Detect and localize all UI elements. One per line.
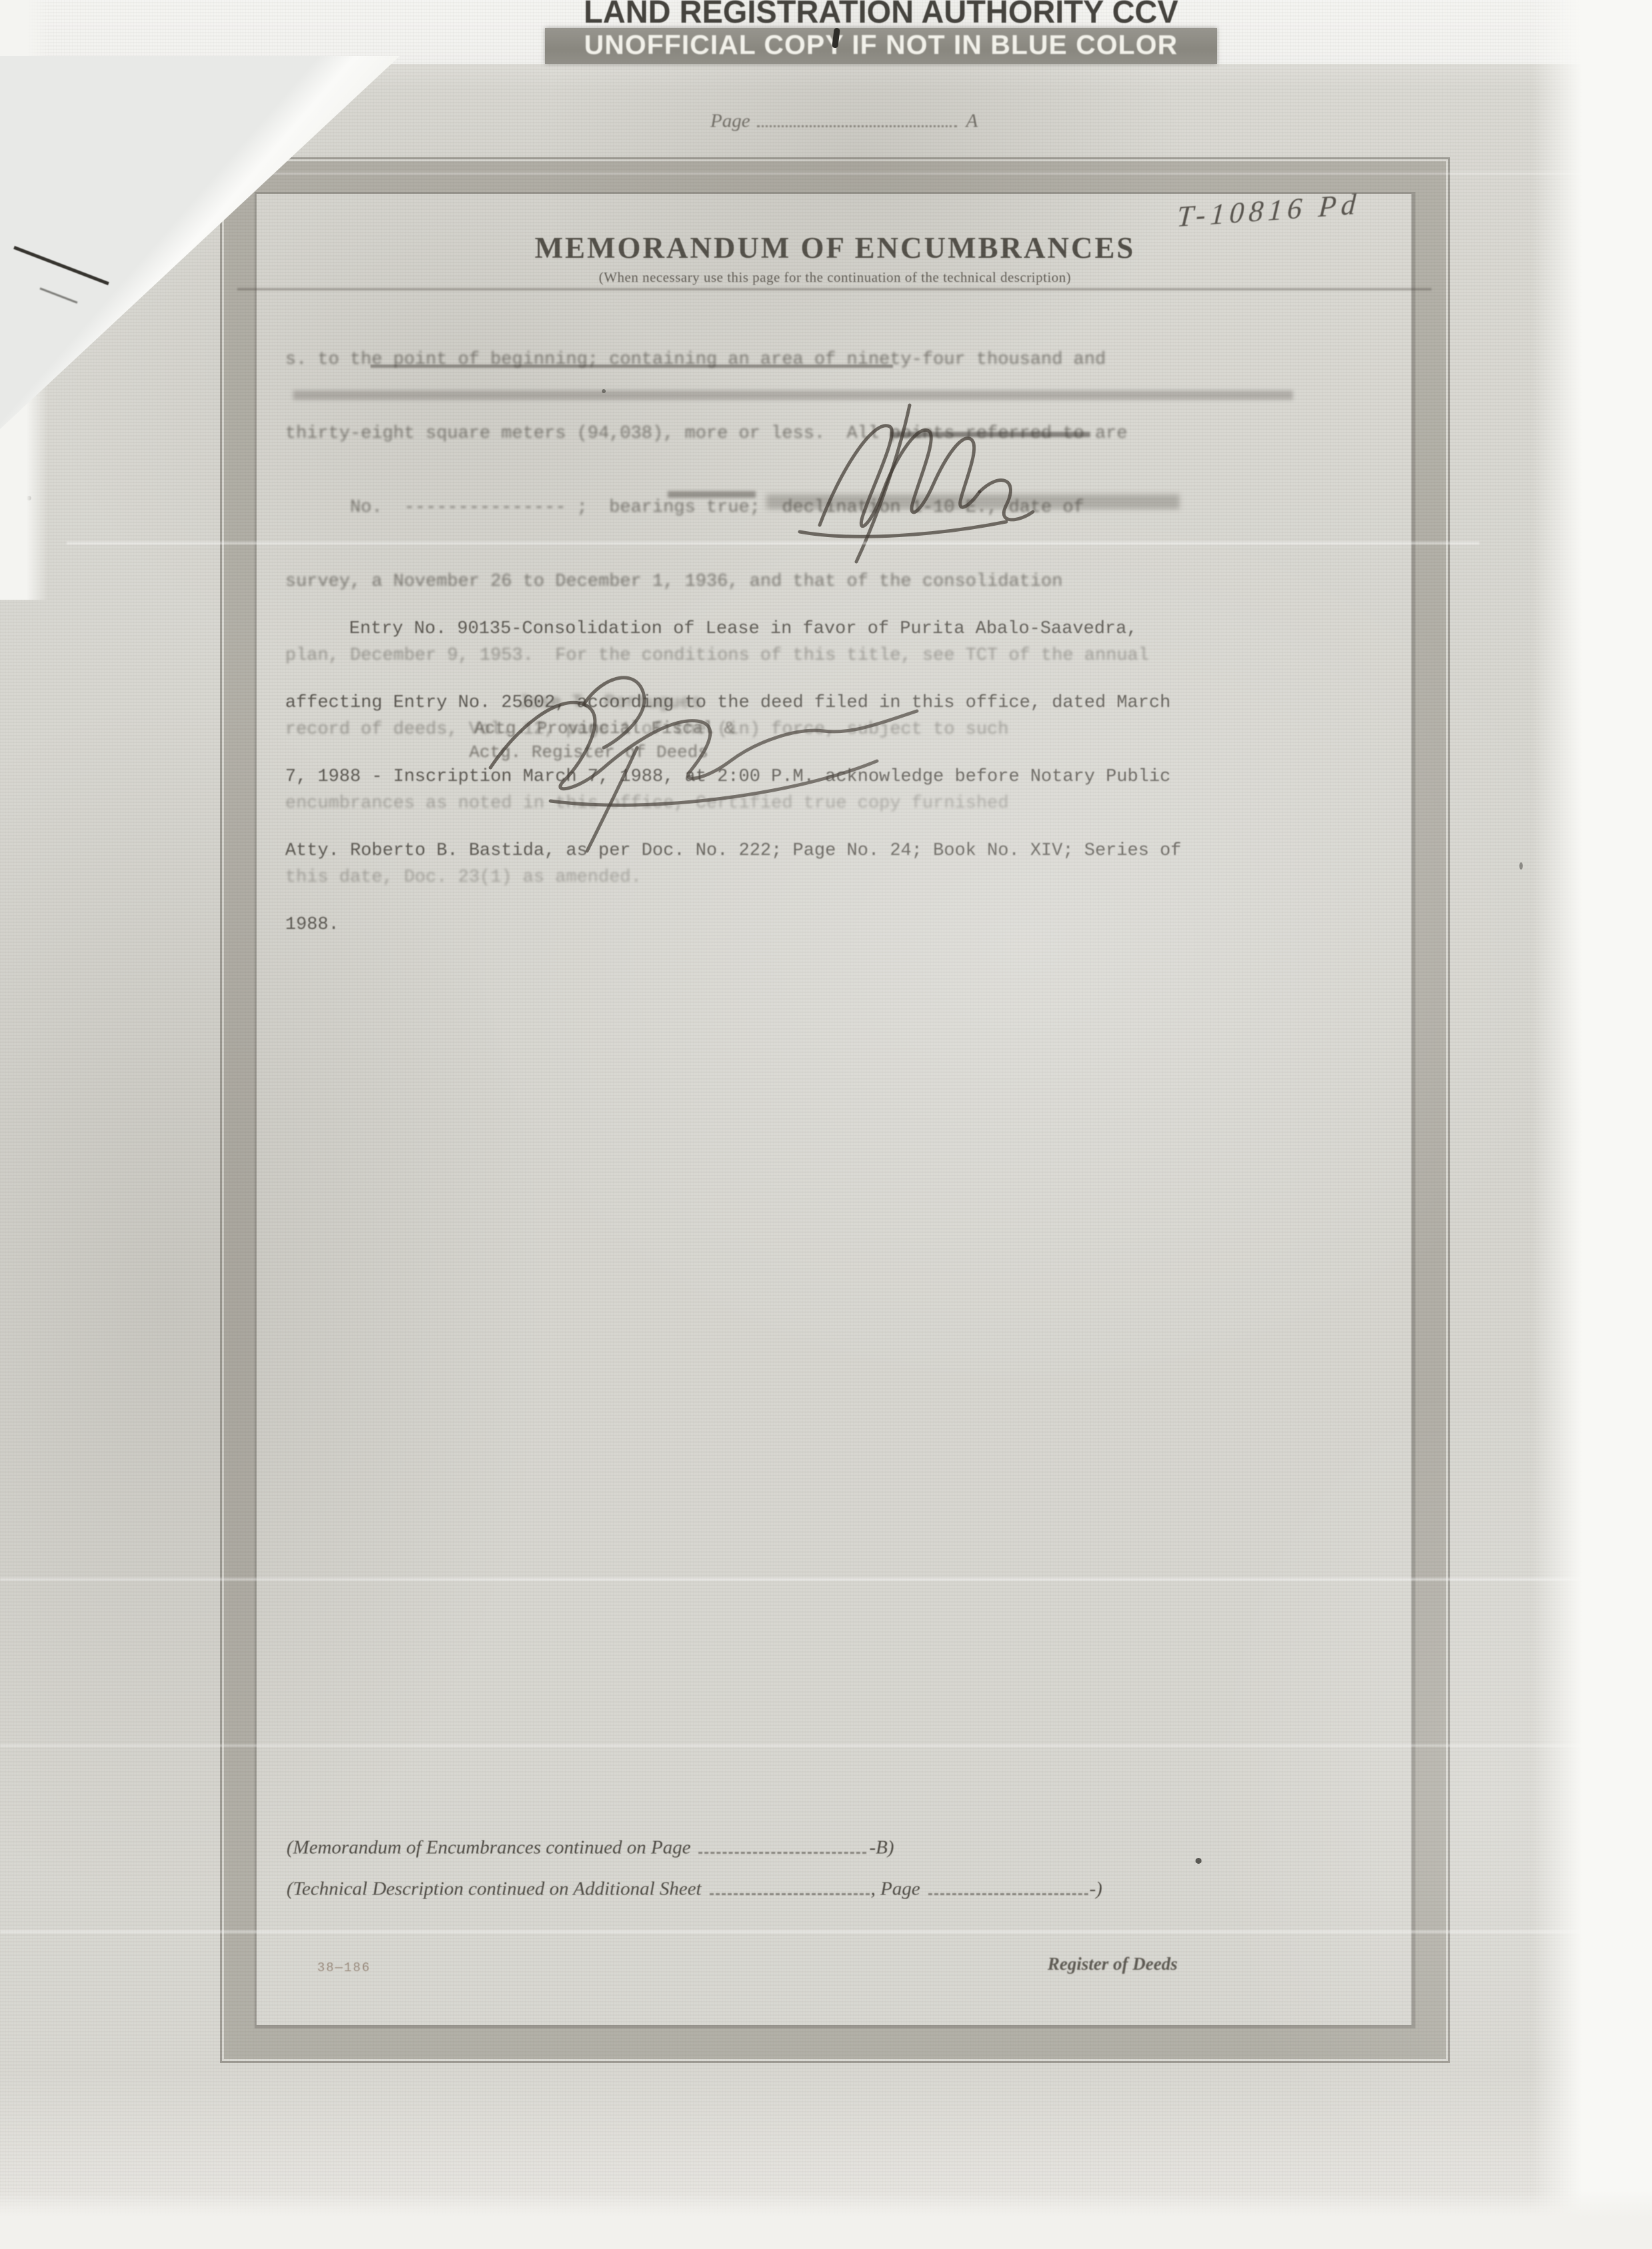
scan-streak xyxy=(0,1578,1652,1581)
scanned-document-page: LAND REGISTRATION AUTHORITY CCV FORM UNO… xyxy=(0,0,1652,2249)
strikethrough-mark xyxy=(371,365,893,368)
entry-text-line: 1988. xyxy=(285,913,1478,938)
blank-line xyxy=(698,1835,866,1854)
banner-warning-text: UNOFFICIAL COPY IF NOT IN BLUE COLOR xyxy=(545,29,1217,61)
scan-streak xyxy=(67,542,1479,544)
form-number: 38—186 xyxy=(317,1960,371,1975)
register-of-deeds-label: Register of Deeds xyxy=(1048,1954,1178,1974)
unofficial-copy-banner: LAND REGISTRATION AUTHORITY CCV FORM UNO… xyxy=(541,0,1221,67)
memo-continued-line: (Memorandum of Encumbrances continued on… xyxy=(287,1835,894,1859)
tech-page-label: Page xyxy=(880,1878,920,1900)
horizontal-rule xyxy=(237,288,1431,291)
signature-stroke xyxy=(800,522,1006,536)
ink-speck xyxy=(602,389,606,393)
blank-line xyxy=(757,109,957,127)
signature-stroke xyxy=(550,761,877,805)
memorandum-subtitle: (When necessary use this page for the co… xyxy=(224,269,1446,286)
scan-streak xyxy=(0,1745,1652,1747)
banner-gray-bar: UNOFFICIAL COPY IF NOT IN BLUE COLOR xyxy=(545,28,1217,64)
tech-continued-line: (Technical Description continued on Addi… xyxy=(287,1876,1102,1900)
signature-scribble xyxy=(720,392,1093,565)
blank-line xyxy=(928,1876,1088,1895)
memorandum-title: MEMORANDUM OF ENCUMBRANCES xyxy=(224,231,1446,265)
blank-line xyxy=(710,1876,870,1895)
ink-speck xyxy=(1519,862,1523,870)
signatory-title-1: Actg. Provincial Fiscal & xyxy=(474,718,734,738)
signature-stroke xyxy=(980,480,1033,520)
signatory-title-2: Actg. Register of Deeds xyxy=(469,742,708,762)
comma: , xyxy=(871,1878,876,1900)
scan-bottom-margin xyxy=(0,2190,1652,2249)
faded-text-line: s. to the point of beginning; containing… xyxy=(285,348,1459,373)
entry-text-line: Entry No. 90135-Consolidation of Lease i… xyxy=(285,617,1478,642)
memo-continued-suffix: -B) xyxy=(869,1837,894,1859)
tech-continued-text: (Technical Description continued on Addi… xyxy=(287,1878,702,1900)
memo-continued-text: (Memorandum of Encumbrances continued on… xyxy=(287,1837,690,1859)
page-number-line: PageA xyxy=(710,109,978,133)
ink-speck xyxy=(1196,1858,1202,1864)
page-label: Page xyxy=(710,111,750,132)
scan-right-margin xyxy=(1532,0,1652,2249)
signatory-name: Jose T. Portugues xyxy=(466,693,753,713)
tech-continued-suffix: -) xyxy=(1090,1878,1102,1900)
signature-stroke xyxy=(587,748,637,851)
scan-streak xyxy=(0,1930,1652,1933)
page-letter: A xyxy=(966,111,978,132)
